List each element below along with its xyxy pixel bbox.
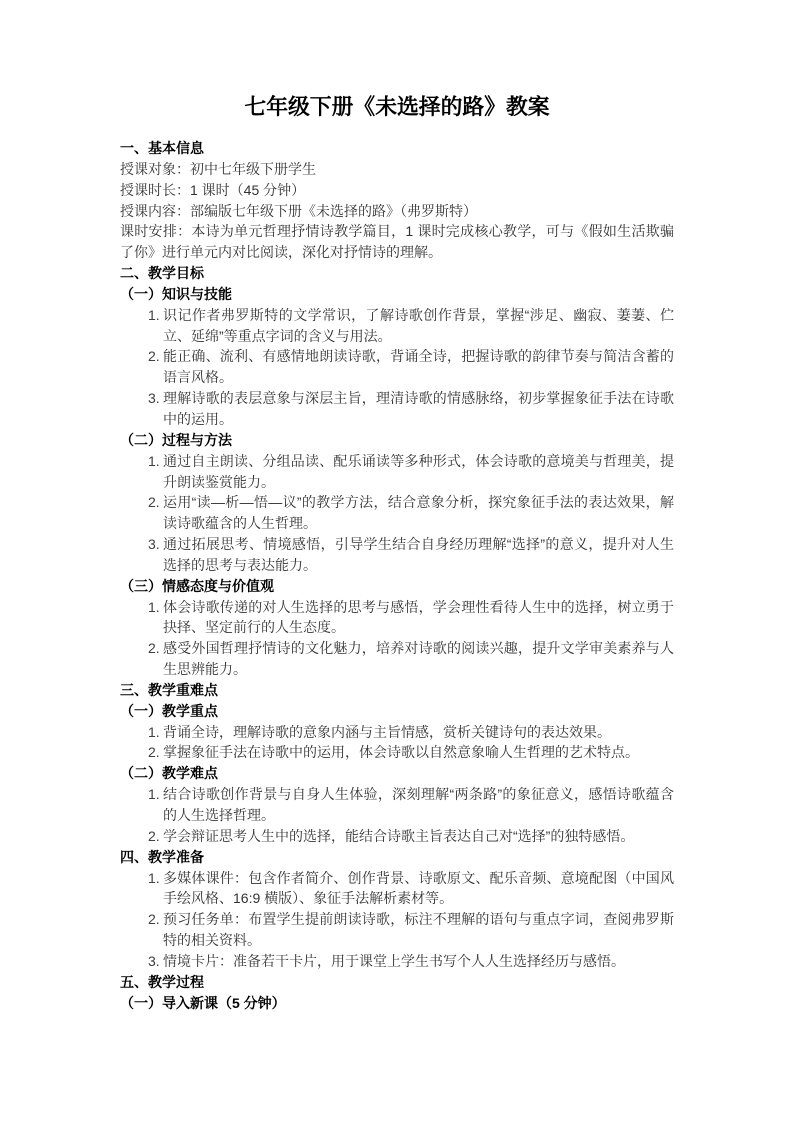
paragraph-teaching-duration: 授课时长：1 课时（45 分钟） [120,180,674,201]
paragraph-teaching-content: 授课内容：部编版七年级下册《未选择的路》（弗罗斯特） [120,201,674,222]
list-item-text: 结合诗歌创作背景与自身人生体验，深刻理解“两条路”的象征意义，感悟诗歌蕴含的人生… [163,786,674,823]
section-heading-teaching-process: 五、教学过程 [120,972,674,993]
list-item: 2. 学会辩证思考人生中的选择，能结合诗歌主旨表达自己对“选择”的独特感悟。 [120,826,674,847]
list-item-number: 1. [148,305,160,326]
list-item: 1. 体会诗歌传递的对人生选择的思考与感悟，学会理性看待人生中的选择，树立勇于抉… [120,597,674,639]
paragraph-teaching-target: 授课对象：初中七年级下册学生 [120,159,674,180]
list-item-number: 1. [148,784,160,805]
list-item-text: 感受外国哲理抒情诗的文化魅力，培养对诗歌的阅读兴趣，提升文学审美素养与人生思辨能… [163,640,674,677]
list-item: 1. 通过自主朗读、分组品读、配乐诵读等多种形式，体会诗歌的意境美与哲理美，提升… [120,451,674,493]
list-item-text: 能正确、流利、有感情地朗读诗歌，背诵全诗，把握诗歌的韵律节奏与简洁含蓄的语言风格… [163,348,674,385]
list-item-text: 学会辩证思考人生中的选择，能结合诗歌主旨表达自己对“选择”的独特感悟。 [163,828,634,844]
list-item: 1. 结合诗歌创作背景与自身人生体验，深刻理解“两条路”的象征意义，感悟诗歌蕴含… [120,784,674,826]
list-item: 3. 情境卡片：准备若干卡片，用于课堂上学生书写个人人生选择经历与感悟。 [120,951,674,972]
list-item-text: 掌握象征手法在诗歌中的运用，体会诗歌以自然意象喻人生哲理的艺术特点。 [163,744,639,760]
list-item-text: 体会诗歌传递的对人生选择的思考与感悟，学会理性看待人生中的选择，树立勇于抉择、坚… [163,599,674,636]
document-title: 七年级下册《未选择的路》教案 [120,90,674,123]
list-item: 2. 能正确、流利、有感情地朗读诗歌，背诵全诗，把握诗歌的韵律节奏与简洁含蓄的语… [120,346,674,388]
list-item-number: 1. [148,722,160,743]
list-item-number: 2. [148,346,160,367]
list-item-number: 2. [148,492,160,513]
subsection-heading-difficult-points: （二）教学难点 [120,763,674,784]
list-item-number: 3. [148,534,160,555]
section-heading-key-difficult-points: 三、教学重难点 [120,680,674,701]
list-item-text: 预习任务单：布置学生提前朗读诗歌，标注不理解的语句与重点字词，查阅弗罗斯特的相关… [163,911,674,948]
list-item-text: 运用“读—析—悟—议”的教学方法，结合意象分析，探究象征手法的表达效果，解读诗歌… [163,494,674,531]
subsection-heading-lesson-intro: （一）导入新课（5 分钟） [120,993,674,1014]
subsection-heading-knowledge-skills: （一）知识与技能 [120,284,674,305]
document-page: 七年级下册《未选择的路》教案 一、基本信息 授课对象：初中七年级下册学生 授课时… [0,0,794,1123]
subsection-heading-emotion-values: （三）情感态度与价值观 [120,576,674,597]
list-item: 2. 预习任务单：布置学生提前朗读诗歌，标注不理解的语句与重点字词，查阅弗罗斯特… [120,909,674,951]
list-item: 1. 多媒体课件：包含作者简介、创作背景、诗歌原文、配乐音频、意境配图（中国风手… [120,868,674,910]
list-item-number: 2. [148,909,160,930]
list-item-number: 3. [148,951,160,972]
list-item: 2. 掌握象征手法在诗歌中的运用，体会诗歌以自然意象喻人生哲理的艺术特点。 [120,742,674,763]
list-item-text: 通过拓展思考、情境感悟，引导学生结合自身经历理解“选择”的意义，提升对人生选择的… [163,536,674,573]
list-item-number: 1. [148,451,160,472]
list-item: 1. 背诵全诗，理解诗歌的意象内涵与主旨情感，赏析关键诗句的表达效果。 [120,722,674,743]
list-item: 2. 运用“读—析—悟—议”的教学方法，结合意象分析，探究象征手法的表达效果，解… [120,492,674,534]
list-item-number: 3. [148,388,160,409]
list-item: 3. 理解诗歌的表层意象与深层主旨，理清诗歌的情感脉络，初步掌握象征手法在诗歌中… [120,388,674,430]
section-heading-preparation: 四、教学准备 [120,847,674,868]
list-item-number: 1. [148,597,160,618]
list-item: 1. 识记作者弗罗斯特的文学常识，了解诗歌创作背景，掌握“涉足、幽寂、萋萋、伫立… [120,305,674,347]
paragraph-lesson-arrangement: 课时安排：本诗为单元哲理抒情诗教学篇目，1 课时完成核心教学，可与《假如生活欺骗… [120,221,674,263]
list-item-text: 通过自主朗读、分组品读、配乐诵读等多种形式，体会诗歌的意境美与哲理美，提升朗读鉴… [163,453,674,490]
list-item: 3. 通过拓展思考、情境感悟，引导学生结合自身经历理解“选择”的意义，提升对人生… [120,534,674,576]
list-item-number: 2. [148,742,160,763]
subsection-heading-process-methods: （二）过程与方法 [120,430,674,451]
list-item-text: 理解诗歌的表层意象与深层主旨，理清诗歌的情感脉络，初步掌握象征手法在诗歌中的运用… [163,390,674,427]
subsection-heading-key-points: （一）教学重点 [120,701,674,722]
section-heading-basic-info: 一、基本信息 [120,138,674,159]
list-item-text: 情境卡片：准备若干卡片，用于课堂上学生书写个人人生选择经历与感悟。 [163,953,625,969]
list-item-number: 1. [148,868,160,889]
list-item-text: 多媒体课件：包含作者简介、创作背景、诗歌原文、配乐音频、意境配图（中国风手绘风格… [163,870,674,907]
list-item-text: 识记作者弗罗斯特的文学常识，了解诗歌创作背景，掌握“涉足、幽寂、萋萋、伫立、延绵… [163,307,674,344]
list-item-text: 背诵全诗，理解诗歌的意象内涵与主旨情感，赏析关键诗句的表达效果。 [163,724,611,740]
section-heading-objectives: 二、教学目标 [120,263,674,284]
list-item: 2. 感受外国哲理抒情诗的文化魅力，培养对诗歌的阅读兴趣，提升文学审美素养与人生… [120,638,674,680]
list-item-number: 2. [148,826,160,847]
list-item-number: 2. [148,638,160,659]
